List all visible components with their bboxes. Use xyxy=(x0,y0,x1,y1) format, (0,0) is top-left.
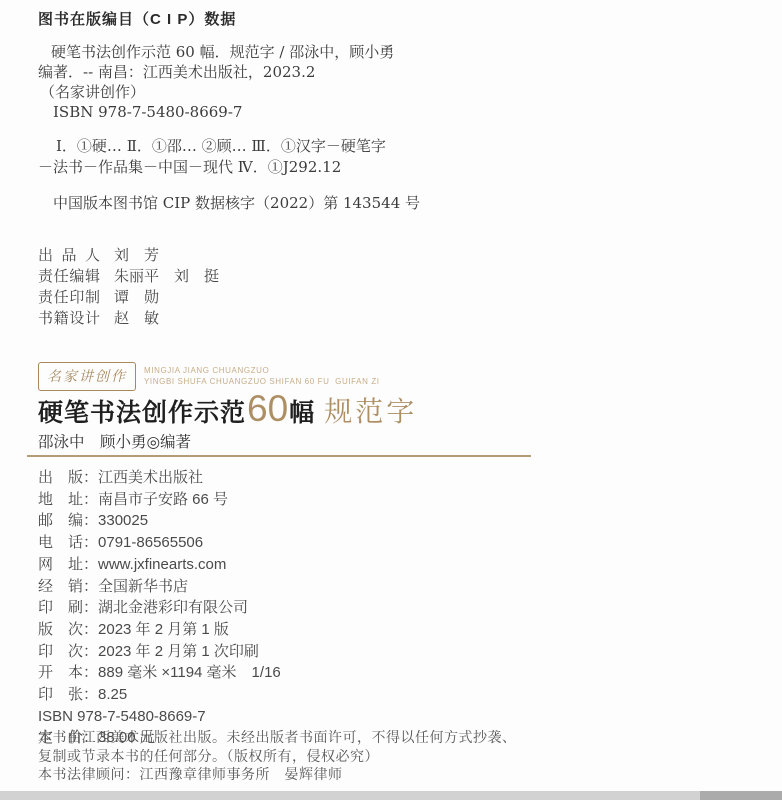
pub-row-website: 网 址：www.jxfinearts.com xyxy=(38,554,281,576)
cip-class-line1: Ⅰ．①硬… Ⅱ．①邵… ②顾… Ⅲ．①汉字－硬笔字 xyxy=(38,136,386,157)
pub-value: 南昌市子安路 66 号 xyxy=(98,489,228,511)
pub-row-format: 开 本：889 毫米 ×1194 毫米 1/16 xyxy=(38,662,281,684)
book-title-main: 硬笔书法创作示范 xyxy=(38,393,246,429)
copyright-notice: 本书由江西美术出版社出版。未经出版者书面许可，不得以任何方式抄袭、 复制或节录本… xyxy=(38,729,517,785)
pub-row-impression: 印 次：2023 年 2 月第 1 次印刷 xyxy=(38,641,281,663)
page-edge-bar xyxy=(0,791,782,800)
pub-label: 邮 编： xyxy=(38,510,98,532)
credit-names: 赵 敏 xyxy=(114,308,159,329)
cip-entry-block: 硬笔书法创作示范 60 幅．规范字 / 邵泳中，顾小勇 编著．-- 南昌：江西美… xyxy=(38,42,394,122)
pub-label: 地 址： xyxy=(38,489,98,511)
pub-label: 经 销： xyxy=(38,576,98,598)
book-title-unit: 幅 xyxy=(289,393,314,429)
pub-row-distribution: 经 销：全国新华书店 xyxy=(38,576,281,598)
pub-row-publisher: 出 版：江西美术出版社 xyxy=(38,467,281,489)
pub-value: www.jxfinearts.com xyxy=(98,554,226,576)
pub-row-printer: 印 刷：湖北金港彩印有限公司 xyxy=(38,597,281,619)
pub-label: 版 次： xyxy=(38,619,98,641)
pub-value: 2023 年 2 月第 1 次印刷 xyxy=(98,641,259,663)
pub-label: 网 址： xyxy=(38,554,98,576)
pub-value: 全国新华书店 xyxy=(98,576,188,598)
book-title-subtitle: 规范字 xyxy=(324,390,417,430)
credit-names: 刘 芳 xyxy=(114,245,159,266)
copyright-line1: 本书由江西美术出版社出版。未经出版者书面许可，不得以任何方式抄袭、 xyxy=(38,729,517,748)
pub-value: 湖北金港彩印有限公司 xyxy=(98,597,248,619)
series-pinyin-line2: YINGBI SHUFA CHUANGZUO SHIFAN 60 FU GUIF… xyxy=(144,376,380,387)
credit-role: 出品人 xyxy=(38,245,100,266)
staff-credits: 出品人 刘 芳 责任编辑 朱丽平 刘 挺 责任印制 谭 勋 书籍设计 赵 敏 xyxy=(38,245,219,329)
pub-value: 江西美术出版社 xyxy=(98,467,203,489)
pub-row-sheets: 印 张：8.25 xyxy=(38,684,281,706)
pub-value: 330025 xyxy=(98,510,148,532)
credit-row-editor: 责任编辑 朱丽平 刘 挺 xyxy=(38,266,219,287)
credit-row-designer: 书籍设计 赵 敏 xyxy=(38,308,219,329)
cip-class-line2: －法书－作品集－中国－现代 Ⅳ．①J292.12 xyxy=(38,157,386,178)
pub-row-edition: 版 次：2023 年 2 月第 1 版 xyxy=(38,619,281,641)
pub-value: 8.25 xyxy=(98,684,127,706)
pub-row-address: 地 址：南昌市子安路 66 号 xyxy=(38,489,281,511)
credit-role: 责任印制 xyxy=(38,287,100,308)
cip-entry-line1: 硬笔书法创作示范 60 幅．规范字 / 邵泳中，顾小勇 xyxy=(38,42,394,62)
series-pinyin-line1: MINGJIA JIANG CHUANGZUO xyxy=(144,365,380,376)
pub-value: 0791-86565506 xyxy=(98,532,203,554)
credit-role: 责任编辑 xyxy=(38,266,100,287)
pub-label: 印 次： xyxy=(38,641,98,663)
series-badge: 名家讲创作 xyxy=(38,362,136,391)
cip-record-number: 中国版本图书馆 CIP 数据核字（2022）第 143544 号 xyxy=(53,192,420,213)
book-title-number: 60 xyxy=(247,388,288,430)
page-edge-bar-dark-segment xyxy=(700,791,782,800)
legal-advisor-line: 本书法律顾问：江西豫章律师事务所 晏辉律师 xyxy=(38,766,517,785)
cip-entry-line2: 编著．-- 南昌：江西美术出版社，2023.2 xyxy=(38,62,394,82)
credit-names: 谭 勋 xyxy=(114,287,159,308)
pub-label: 开 本： xyxy=(38,662,98,684)
book-title: 硬笔书法创作示范 60 幅 规范字 xyxy=(38,388,417,430)
credit-row-print-supervisor: 责任印制 谭 勋 xyxy=(38,287,219,308)
pub-row-isbn: ISBN 978-7-5480-8669-7 xyxy=(38,706,281,728)
credit-role: 书籍设计 xyxy=(38,308,100,329)
copyright-line2: 复制或节录本书的任何部分。（版权所有，侵权必究） xyxy=(38,748,517,767)
pub-value: ISBN 978-7-5480-8669-7 xyxy=(38,706,206,728)
series-pinyin: MINGJIA JIANG CHUANGZUO YINGBI SHUFA CHU… xyxy=(144,362,380,387)
credit-names: 朱丽平 刘 挺 xyxy=(114,266,219,287)
gold-divider xyxy=(27,455,531,457)
pub-label: 电 话： xyxy=(38,532,98,554)
publication-info-list: 出 版：江西美术出版社 地 址：南昌市子安路 66 号 邮 编：330025 电… xyxy=(38,467,281,749)
series-brand: 名家讲创作 MINGJIA JIANG CHUANGZUO YINGBI SHU… xyxy=(38,362,380,391)
pub-value: 2023 年 2 月第 1 版 xyxy=(98,619,229,641)
pub-row-postcode: 邮 编：330025 xyxy=(38,510,281,532)
pub-row-phone: 电 话：0791-86565506 xyxy=(38,532,281,554)
book-copyright-page: 图书在版编目（C I P）数据 硬笔书法创作示范 60 幅．规范字 / 邵泳中，… xyxy=(0,0,782,800)
pub-label: 印 张： xyxy=(38,684,98,706)
book-authors: 邵泳中 顾小勇◎编著 xyxy=(38,430,191,452)
cip-header: 图书在版编目（C I P）数据 xyxy=(38,8,236,29)
pub-label: 出 版： xyxy=(38,467,98,489)
cip-isbn: ISBN 978-7-5480-8669-7 xyxy=(38,102,394,122)
pub-label: 印 刷： xyxy=(38,597,98,619)
cip-series: （名家讲创作） xyxy=(38,82,394,102)
pub-value: 889 毫米 ×1194 毫米 1/16 xyxy=(98,662,281,684)
credit-row-producer: 出品人 刘 芳 xyxy=(38,245,219,266)
cip-classification-block: Ⅰ．①硬… Ⅱ．①邵… ②顾… Ⅲ．①汉字－硬笔字 －法书－作品集－中国－现代 … xyxy=(38,136,386,178)
